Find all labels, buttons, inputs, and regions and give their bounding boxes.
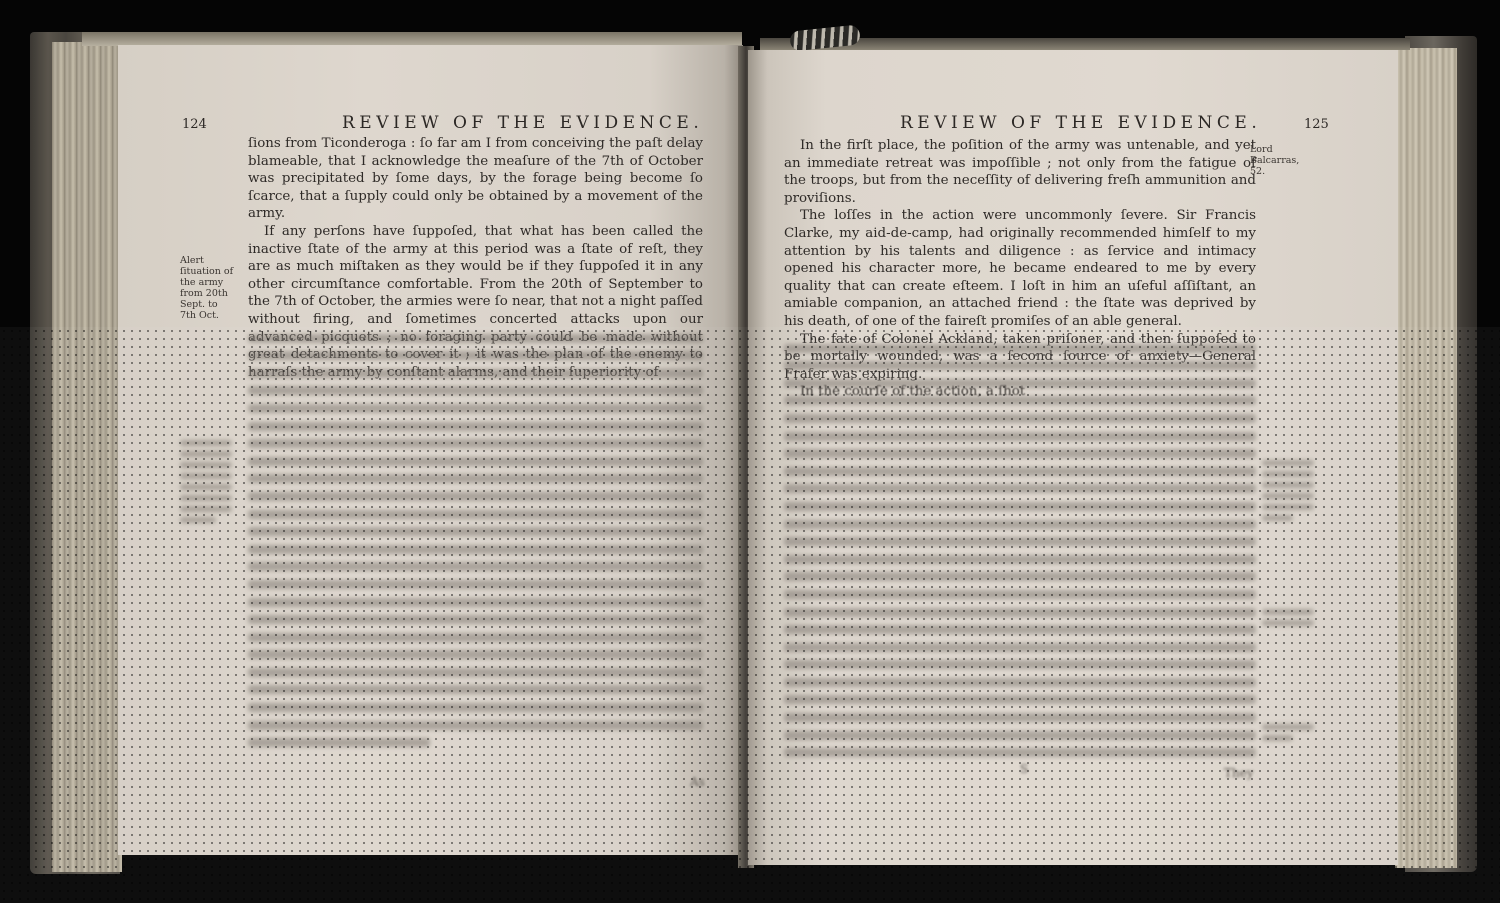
right-page: REVIEW OF THE EVIDENCE. 125 In the firſt… xyxy=(748,50,1398,865)
margin-note: Lord Balcarras, 52. xyxy=(1250,144,1310,177)
blurred-text-block xyxy=(784,335,1256,766)
paragraph: The loſſes in the action were uncommonly… xyxy=(784,207,1256,330)
blurred-margin-notes xyxy=(180,435,232,528)
catchword: As xyxy=(690,775,705,789)
catchword: They xyxy=(1224,766,1254,780)
running-head: REVIEW OF THE EVIDENCE. xyxy=(900,113,1261,133)
running-head: REVIEW OF THE EVIDENCE. xyxy=(342,113,703,133)
paragraph: ſions from Ticonderoga : ſo far am I fro… xyxy=(248,135,703,223)
book-spread: 124 REVIEW OF THE EVIDENCE. ſions from T… xyxy=(0,0,1500,903)
top-edge-left xyxy=(82,32,742,46)
right-page-edges xyxy=(1395,48,1457,868)
margin-note: Alert ſituation of the army from 20th Se… xyxy=(180,255,234,321)
left-page-edges xyxy=(52,42,122,872)
blurred-margin-notes xyxy=(1262,455,1314,746)
paragraph: In the firſt place, the poſition of the … xyxy=(784,137,1256,207)
blurred-text-block xyxy=(248,325,703,756)
left-page: 124 REVIEW OF THE EVIDENCE. ſions from T… xyxy=(118,45,743,855)
signature-mark: S xyxy=(1020,762,1028,776)
page-number: 125 xyxy=(1304,117,1329,132)
page-number: 124 xyxy=(182,117,207,132)
